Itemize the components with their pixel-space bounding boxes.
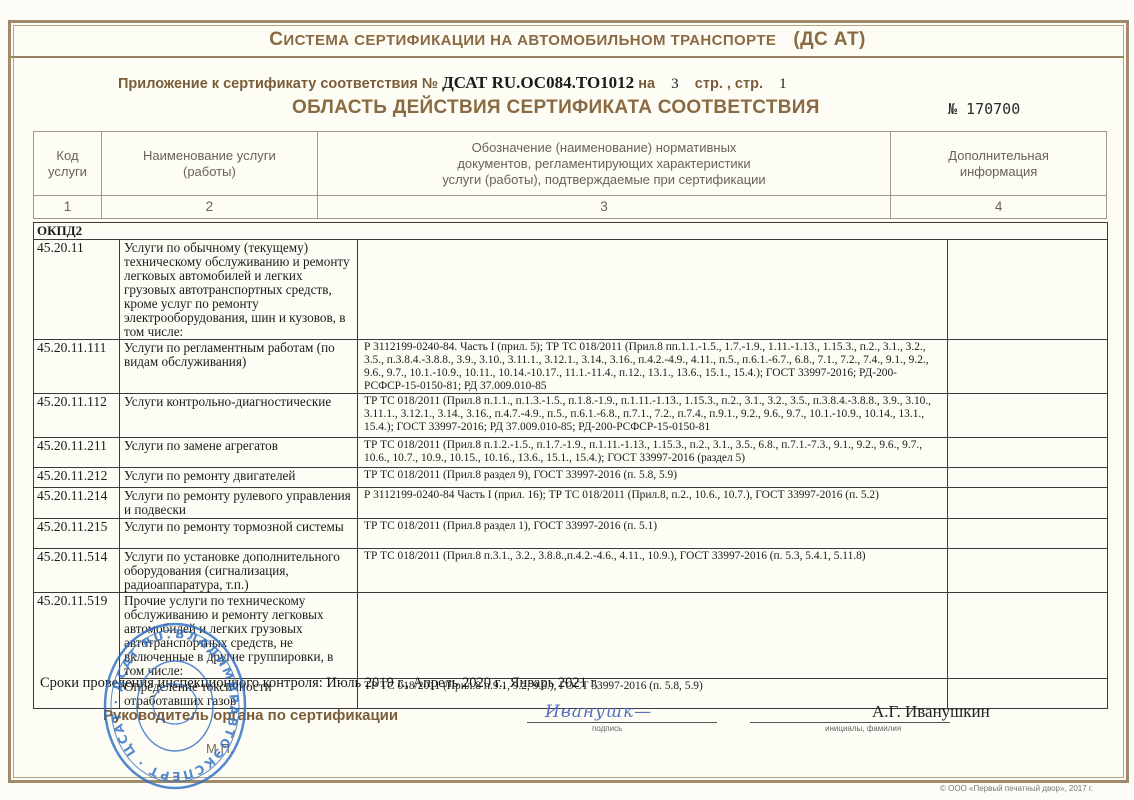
table-row: 45.20.11.514 Услуги по установке дополни… [34,549,1108,593]
annex-line: Приложение к сертификату соответствия № … [118,73,787,93]
system-title: СИСТЕМА СЕРТИФИКАЦИИ НА АВТОМОБИЛЬНОМ ТР… [269,29,865,51]
copyright-note: © ООО «Первый печатный двор», 2017 г. [940,784,1093,793]
inspection-control-dates: Сроки проведения инспекционного контроля… [40,675,598,692]
signer-line [750,722,950,723]
col-num-2: 2 [101,196,317,219]
table-row: 45.20.11.212 Услуги по ремонту двигателе… [34,468,1108,488]
signer-caption: инициалы, фамилия [825,724,901,733]
pages-total: 3 [671,76,679,92]
table-row: 45.20.11.215 Услуги по ремонту тормозной… [34,519,1108,549]
services-table: ОКПД2 45.20.11 Услуги по обычному (текущ… [33,222,1108,709]
signature-caption: подпись [592,724,622,733]
table-row: 45.20.11.519 Прочие услуги по техническо… [34,593,1108,679]
col-num-3: 3 [317,196,890,219]
table-row: 45.20.11.111 Услуги по регламентным рабо… [34,340,1108,394]
table-row: 45.20.11.112 Услуги контрольно-диагности… [34,394,1108,438]
stamp-place-label: М.П. [206,741,233,756]
col-code-header: Код услуги [34,132,102,196]
table-row: 45.20.11.211 Услуги по замене агрегатов … [34,438,1108,468]
col-docs-header: Обозначение (наименование) нормативных д… [317,132,890,196]
column-header-table: Код услуги Наименование услуги (работы) … [33,131,1107,219]
classifier-label: ОКПД2 [34,223,1108,240]
signer-name: А.Г. Иванушкин [872,702,990,722]
table-row: 45.20.11.214 Услуги по ремонту рулевого … [34,488,1108,519]
col-service-header: Наименование услуги (работы) [101,132,317,196]
system-banner: СИСТЕМА СЕРТИФИКАЦИИ НА АВТОМОБИЛЬНОМ ТР… [11,23,1124,58]
table-row: 45.20.11 Услуги по обычному (текущему) т… [34,240,1108,340]
annex-prefix: Приложение к сертификату соответствия № [118,76,438,92]
certificate-number: ДСАТ RU.ОС084.ТО1012 [442,73,634,92]
page-current: 1 [779,76,787,92]
signature: Иванушк— [545,702,652,722]
col-info-header: Дополнительная информация [891,132,1107,196]
col-num-1: 1 [34,196,102,219]
scope-title: ОБЛАСТЬ ДЕЙСТВИЯ СЕРТИФИКАТА СООТВЕТСТВИ… [292,97,820,119]
col-num-4: 4 [891,196,1107,219]
form-number: № 170700 [948,100,1020,118]
head-of-certification-label: Руководитель органа по сертификации [103,707,398,724]
signature-line [527,722,717,723]
